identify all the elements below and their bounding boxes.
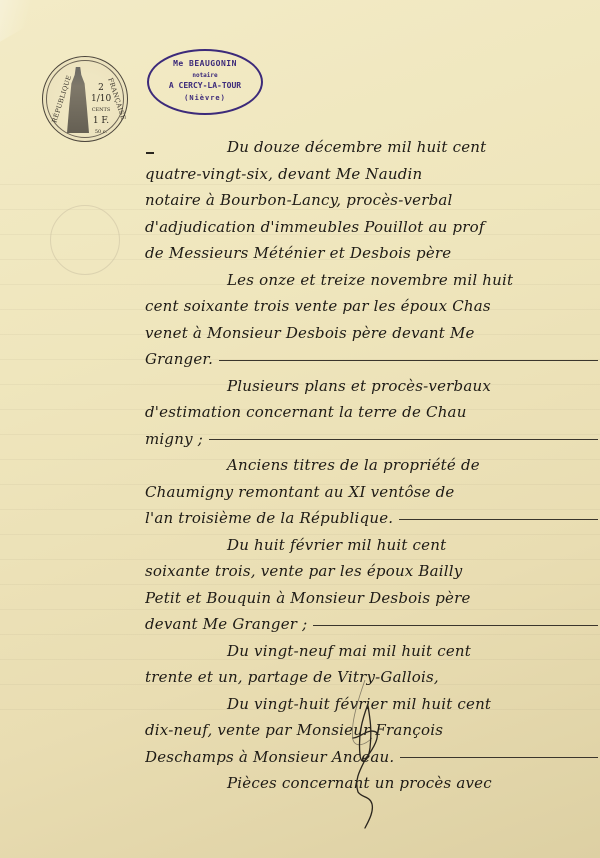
- text-line: Du huit février mil huit cent: [145, 532, 600, 559]
- text-line-content: Du douze décembre mil huit cent: [227, 138, 486, 156]
- text-line-content: Anciens titres de la propriété de: [227, 456, 480, 474]
- light-glare: [0, 0, 55, 45]
- tax-stamp-seal: RÉPUBLIQUE FRANÇAISE 2 1/10 CENTS 1 F. 5…: [42, 56, 128, 142]
- seal-value-cents: 50 c.: [91, 127, 111, 138]
- text-line: cent soixante trois vente par les époux …: [145, 293, 600, 320]
- line-filler-rule: [219, 360, 598, 361]
- stamp-notary-name: Me BEAUGONIN: [149, 59, 261, 68]
- text-line: Chaumigny remontant au XI ventôse de: [145, 479, 600, 506]
- text-line-content: Du huit février mil huit cent: [227, 536, 446, 554]
- text-line: Du douze décembre mil huit cent: [145, 134, 600, 161]
- seal-value: 2 1/10 CENTS 1 F. 50 c.: [91, 83, 111, 138]
- text-line: Les onze et treize novembre mil huit: [145, 267, 600, 294]
- text-line: d'estimation concernant la terre de Chau: [145, 399, 600, 426]
- text-line: venet à Monsieur Desbois père devant Me: [145, 320, 600, 347]
- text-line-content: d'estimation concernant la terre de Chau: [145, 403, 467, 421]
- text-line-content: soixante trois, vente par les époux Bail…: [145, 562, 462, 580]
- line-filler-rule: [400, 757, 598, 758]
- text-line-content: venet à Monsieur Desbois père devant Me: [145, 324, 475, 342]
- stamp-department: (Nièvre): [149, 94, 261, 102]
- stamp-town: A CERCY-LA-TOUR: [149, 81, 261, 90]
- notary-stamp: Me BEAUGONIN notaire A CERCY-LA-TOUR (Ni…: [147, 49, 263, 115]
- text-line: migny ;: [145, 426, 600, 453]
- text-line-content: l'an troisième de la République.: [145, 509, 393, 527]
- seal-value-main: 1 F.: [93, 116, 109, 126]
- text-line: soixante trois, vente par les époux Bail…: [145, 558, 600, 585]
- embossed-seal-ghost: [50, 205, 120, 275]
- text-line-content: Petit et Bouquin à Monsieur Desbois père: [145, 589, 471, 607]
- text-line-content: Du vingt-neuf mai mil huit cent: [227, 642, 471, 660]
- seal-value-label: CENTS: [91, 105, 111, 116]
- text-line: Du vingt-neuf mai mil huit cent: [145, 638, 600, 665]
- text-line-content: quatre-vingt-six, devant Me Naudin: [145, 165, 422, 183]
- text-line-content: dix-neuf, vente par Monsieur François: [145, 721, 443, 739]
- handwritten-text-body: Du douze décembre mil huit centquatre-vi…: [145, 134, 600, 797]
- line-filler-rule: [209, 439, 598, 440]
- text-line: notaire à Bourbon-Lancy, procès-verbal: [145, 187, 600, 214]
- text-line-content: trente et un, partage de Vitry-Gallois,: [145, 668, 439, 686]
- text-line-content: cent soixante trois vente par les époux …: [145, 297, 491, 315]
- seal-value-top: 2 1/10: [91, 83, 111, 104]
- text-line: Petit et Bouquin à Monsieur Desbois père: [145, 585, 600, 612]
- stamp-title: notaire: [149, 72, 261, 79]
- text-line-content: Chaumigny remontant au XI ventôse de: [145, 483, 455, 501]
- text-line: d'adjudication d'immeubles Pouillot au p…: [145, 214, 600, 241]
- text-line-content: Plusieurs plans et procès-verbaux: [227, 377, 491, 395]
- line-filler-rule: [399, 519, 598, 520]
- text-line: trente et un, partage de Vitry-Gallois,: [145, 664, 600, 691]
- text-line: l'an troisième de la République.: [145, 505, 600, 532]
- text-line: Plusieurs plans et procès-verbaux: [145, 373, 600, 400]
- line-filler-rule: [313, 625, 598, 626]
- text-line-content: devant Me Granger ;: [145, 615, 307, 633]
- text-line: Granger.: [145, 346, 600, 373]
- text-line: quatre-vingt-six, devant Me Naudin: [145, 161, 600, 188]
- text-line-content: Les onze et treize novembre mil huit: [227, 271, 513, 289]
- text-line-content: migny ;: [145, 430, 203, 448]
- text-line-content: Granger.: [145, 350, 213, 368]
- text-line: devant Me Granger ;: [145, 611, 600, 638]
- text-line: de Messieurs Méténier et Desbois père: [145, 240, 600, 267]
- signature-paraph-icon: [348, 700, 388, 830]
- text-line: Anciens titres de la propriété de: [145, 452, 600, 479]
- text-line-content: d'adjudication d'immeubles Pouillot au p…: [145, 218, 485, 236]
- text-line-content: de Messieurs Méténier et Desbois père: [145, 244, 451, 262]
- text-line-content: notaire à Bourbon-Lancy, procès-verbal: [145, 191, 453, 209]
